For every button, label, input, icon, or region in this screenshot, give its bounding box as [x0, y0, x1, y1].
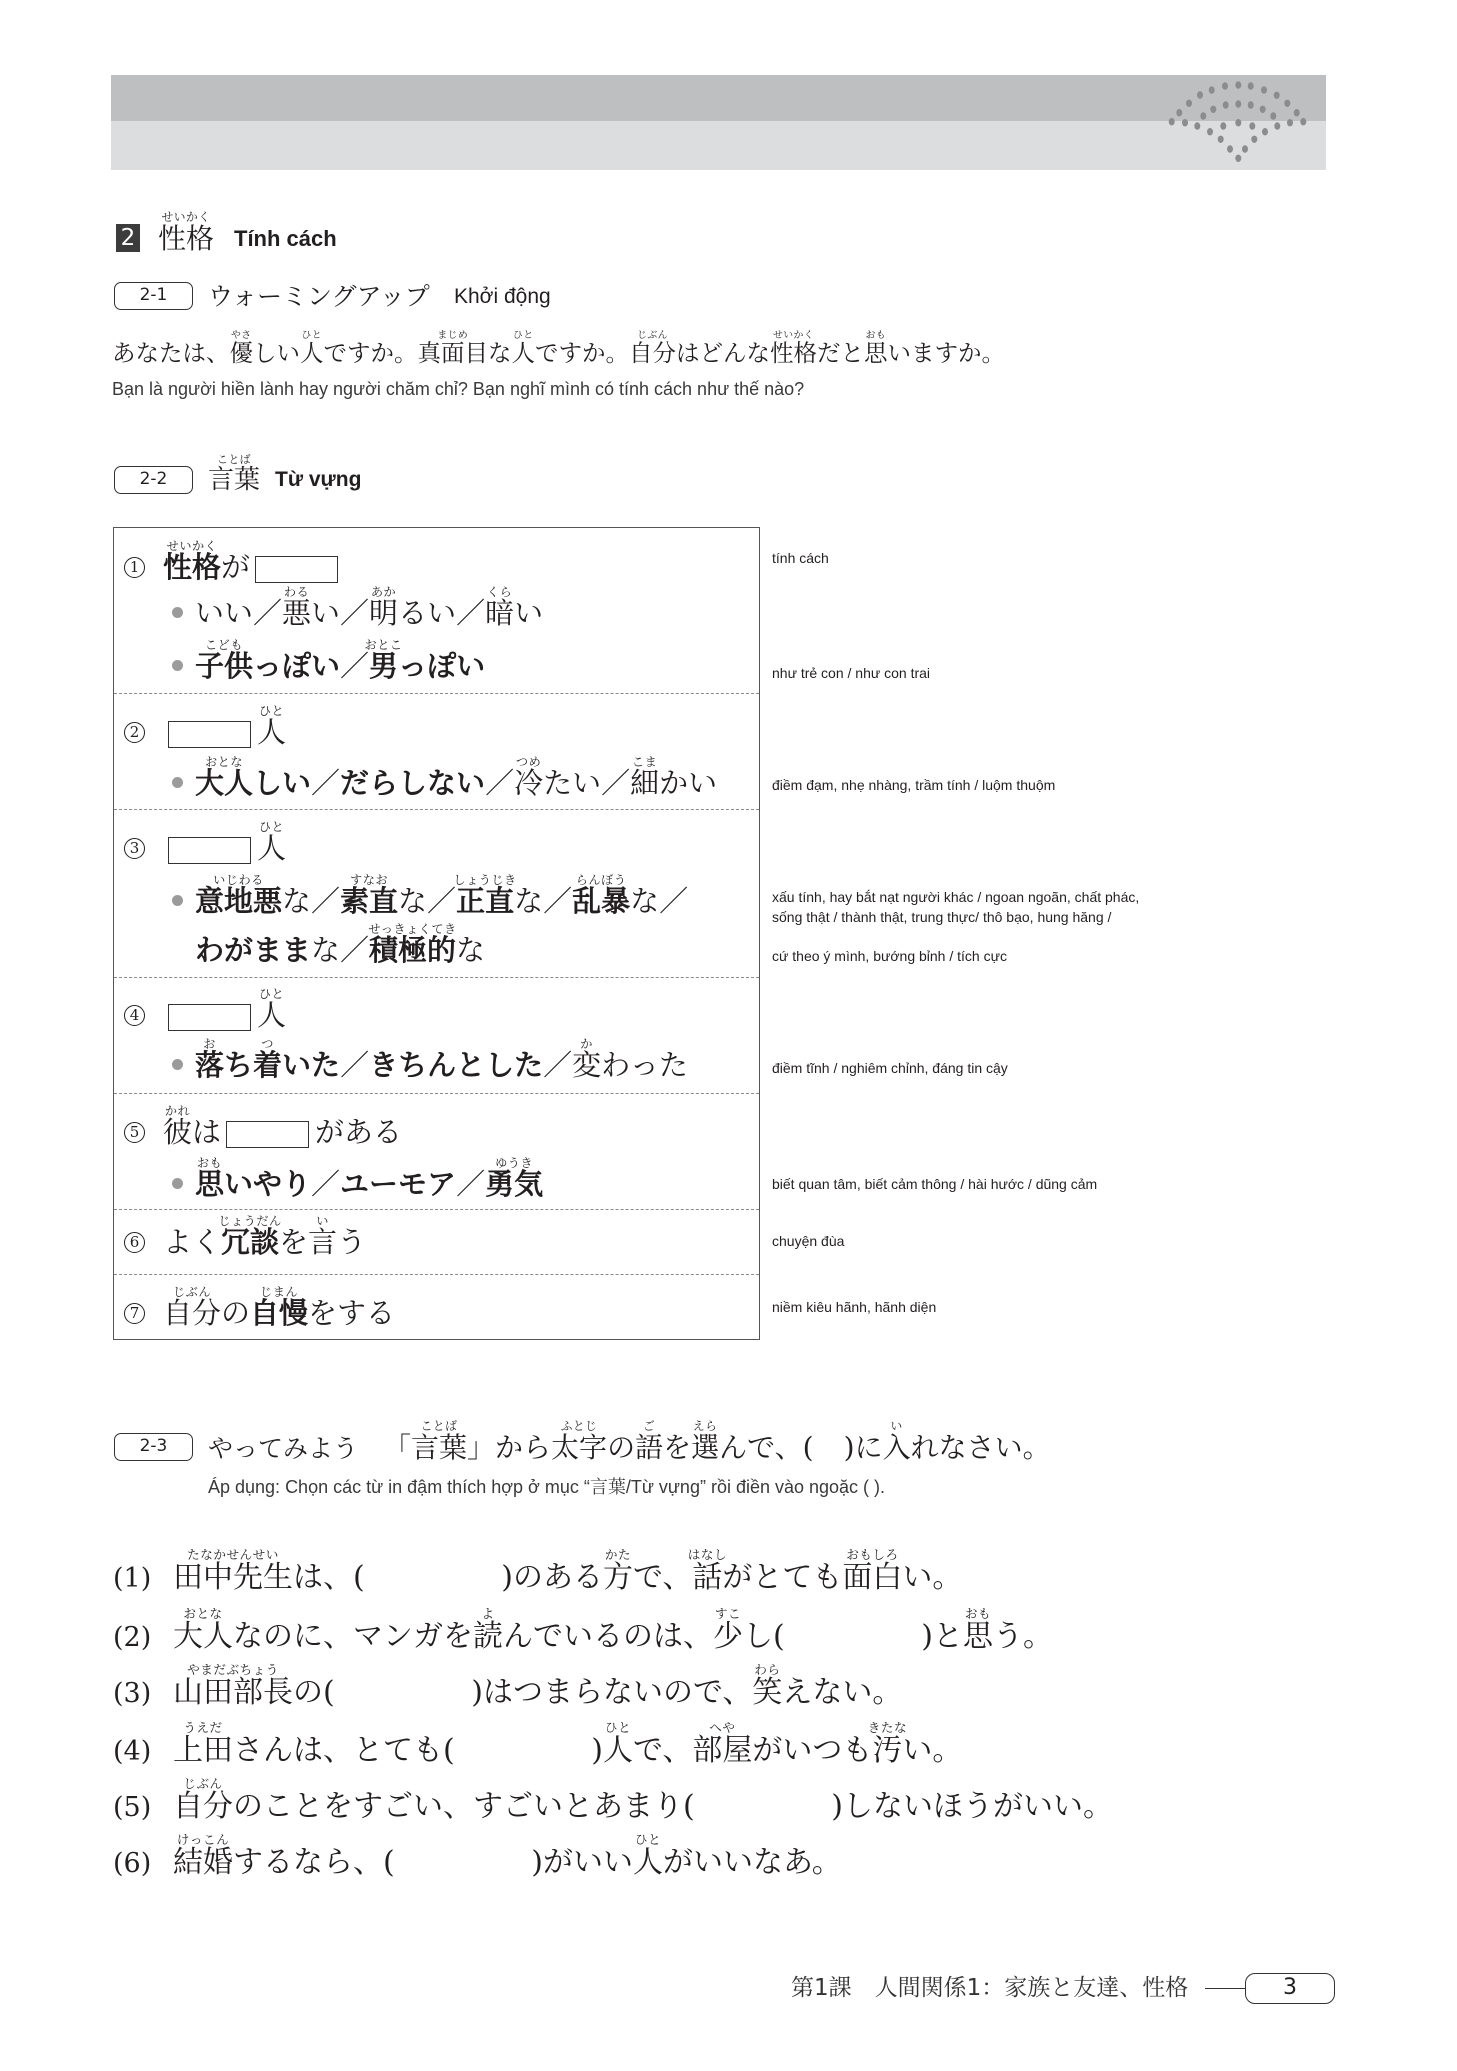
text-segment: ち [224, 1048, 253, 1082]
circled-number: 4 [124, 1005, 145, 1026]
furigana: つ [261, 1038, 274, 1050]
ruby-word: 冷つめ [514, 769, 543, 798]
text-segment: がいいなあ。 [663, 1845, 842, 1880]
close-paren: ) [844, 1434, 855, 1462]
answer-blank-box [226, 1121, 309, 1148]
furigana: へや [709, 1722, 735, 1735]
bullet-icon [172, 660, 183, 671]
furigana: けっこん [177, 1834, 229, 1847]
exercise-number: (1) [113, 1565, 151, 1592]
furigana: らんぼう [576, 874, 627, 886]
text-segment: っぽい [253, 649, 340, 683]
furigana: ひと [635, 1834, 661, 1847]
vocab-row-main-text: 人ひと [163, 831, 286, 865]
vocab-row-main: 4人ひと [124, 1001, 286, 1031]
text-segment: ／ [340, 1048, 369, 1082]
furigana: かれ [165, 1105, 190, 1117]
row-divider [114, 1093, 759, 1094]
furigana: つめ [516, 756, 541, 768]
furigana: おとな [183, 1608, 222, 1621]
ruby-word: 落お [195, 1051, 224, 1080]
ruby-word: 真面目まじめ [418, 342, 489, 366]
ruby-word: 面白おもしろ [842, 1563, 902, 1593]
text-segment: のことをすごい、すごいとあまり [233, 1789, 683, 1824]
vocab-note: biết quan tâm, biết cảm thông / hài hước… [772, 1177, 1097, 1191]
text-segment: ですか。 [535, 339, 629, 367]
vocab-note: tính cách [772, 551, 829, 565]
text-segment: しないほうがいい。 [843, 1789, 1113, 1824]
vocab-row-bullet: 子供こどもっぽい／男おとこっぽい [172, 652, 485, 681]
page-number-badge: 3 [1245, 1973, 1335, 2004]
text-segment: が [221, 550, 250, 584]
ruby-word: 人ひと [512, 342, 536, 366]
ruby-word: 笑わら [752, 1678, 782, 1708]
answer-blank-box [255, 556, 338, 583]
vocab-row-main-text: 人ひと [163, 998, 286, 1032]
text-segment: ／ [311, 1167, 340, 1201]
ruby-word: 大人おとな [195, 769, 253, 798]
open-paren: ( [383, 1848, 395, 1878]
ruby-word: 入い [883, 1434, 911, 1462]
vocab-row-bullet: いい／悪わるい／明あかるい／暗くらい [172, 599, 543, 628]
vocab-note: cứ theo ý mình, bướng bỉnh / tích cực [772, 949, 1007, 963]
furigana: せいかく [167, 540, 218, 552]
text-segment: な [456, 933, 485, 967]
ruby-word: 読よ [473, 1622, 503, 1652]
furigana: えら [693, 1421, 717, 1433]
close-paren: ) [471, 1678, 483, 1708]
warmup-label-badge: 2-1 [114, 282, 193, 310]
text-segment: たい／ [543, 766, 630, 800]
furigana: わる [284, 586, 309, 598]
vocab-note: sống thật / thành thật, trung thực/ thô … [772, 910, 1111, 924]
ruby-word: 素直すなお [340, 887, 398, 916]
ruby-word: 人ひと [300, 342, 324, 366]
text-segment: に [855, 1431, 883, 1464]
furigana: たなかせんせい [187, 1549, 279, 1562]
text-segment: ／ [543, 1048, 572, 1082]
text-segment: いやり [224, 1167, 311, 1201]
vocab-note: như trẻ con / như con trai [772, 666, 930, 680]
text-segment: ユーモア [340, 1167, 456, 1201]
footer-chapter-title: 第1課 人間関係1：家族と友達、性格 [791, 1977, 1188, 2000]
ruby-word: 性格せいかく [163, 553, 221, 582]
circled-number: 3 [124, 838, 145, 859]
text-segment: いい／ [195, 596, 282, 630]
vocab-row-main-text: 性格せいかくが [163, 550, 344, 584]
text-segment: だらしない [340, 766, 485, 800]
practice-instruction-vi: Áp dụng: Chọn các từ in đậm thích hợp ở … [208, 1478, 885, 1496]
text-segment: んでいるのは、 [503, 1619, 713, 1654]
open-paren: ( [803, 1434, 814, 1462]
circled-number: 2 [124, 722, 145, 743]
ruby-word: 明あか [369, 599, 398, 628]
text-segment: わがまま [195, 933, 311, 967]
text-segment: かい [659, 766, 717, 800]
ruby-word: 少すこ [713, 1622, 743, 1652]
text-segment: と [933, 1619, 963, 1654]
text-segment: なのに、マンガを [233, 1619, 473, 1654]
ruby-word: 言葉ことば [411, 1434, 467, 1462]
furigana: くら [487, 586, 512, 598]
ruby-word: 方かた [603, 1563, 633, 1593]
practice-instruction-ja: 「言葉ことば」から太字ふとじの語ごを選えらんで、()に入いれなさい。 [383, 1434, 1051, 1462]
ruby-word: 子供こども [195, 652, 253, 681]
circled-number: 7 [124, 1303, 145, 1324]
furigana: わら [754, 1664, 780, 1677]
furigana: あか [371, 586, 396, 598]
ruby-word: 積極的せっきょくてき [369, 936, 456, 965]
furigana: かた [605, 1549, 631, 1562]
ruby-word: 性格せいかく [158, 225, 214, 253]
ruby-word: 彼かれ [163, 1118, 192, 1147]
furigana: おも [197, 1157, 222, 1169]
text-segment: はつまらないので、 [483, 1675, 752, 1710]
furigana: こま [632, 756, 657, 768]
furigana: はなし [688, 1549, 727, 1562]
close-paren: ) [831, 1792, 843, 1822]
furigana: ことば [421, 1421, 458, 1433]
text-segment: きちんとした [369, 1048, 543, 1082]
text-segment: う。 [993, 1619, 1053, 1654]
text-segment: を [279, 1225, 308, 1259]
ruby-word: 汚きたな [872, 1736, 902, 1766]
furigana: か [580, 1038, 593, 1050]
ruby-word: 結婚けっこん [173, 1848, 233, 1878]
furigana: きたな [868, 1722, 907, 1735]
ruby-word: 自分じぶん [163, 1299, 221, 1328]
vocab-note: điềm tĩnh / nghiêm chỉnh, đáng tin cậy [772, 1061, 1008, 1075]
text-segment: のある [513, 1560, 603, 1595]
row-divider [114, 1274, 759, 1275]
furigana: すなお [350, 874, 388, 886]
furigana: よ [481, 1608, 494, 1621]
ruby-word: 変か [572, 1051, 601, 1080]
bullet-icon [172, 895, 183, 906]
exercise-number: (3) [113, 1680, 151, 1707]
answer-paren-blank: () [773, 1622, 933, 1652]
text-segment: しい [253, 339, 300, 367]
text-segment: さんは、とても [233, 1733, 443, 1768]
row-divider [114, 809, 759, 810]
exercise-sentence: 大人おとななのに、マンガを読よんでいるのは、少すこし()と思おもう。 [173, 1622, 1053, 1652]
answer-paren-blank: () [323, 1678, 483, 1708]
furigana: じぶん [183, 1778, 222, 1791]
vocab-note: niềm kiêu hãnh, hãnh diện [772, 1300, 936, 1314]
text-segment: っぽい [398, 649, 485, 683]
text-segment: いますか。 [888, 339, 1006, 367]
furigana: せっきょくてき [368, 923, 456, 935]
circled-number: 6 [124, 1232, 145, 1253]
ruby-word: 大人おとな [173, 1622, 233, 1652]
furigana: ご [643, 1421, 655, 1433]
furigana: ゆうき [495, 1157, 533, 1169]
text-segment: な [488, 339, 512, 367]
circled-number: 1 [124, 557, 145, 578]
bullet-icon [172, 607, 183, 618]
section-subtitle: Tính cách [234, 228, 337, 250]
ruby-word: 人ひと [603, 1736, 633, 1766]
ruby-word: 言葉ことば [208, 467, 260, 493]
text-segment: よく [163, 1225, 221, 1259]
furigana: ひと [301, 331, 322, 341]
practice-label-badge: 2-3 [114, 1433, 193, 1461]
furigana: おも [965, 1608, 991, 1621]
furigana: ひと [259, 705, 284, 717]
answer-paren-blank: () [353, 1563, 513, 1593]
textbook-page: 2 性格せいかく Tính cách 2-1 ウォーミングアップ Khởi độ… [0, 0, 1457, 2071]
text-segment: がいい [543, 1845, 633, 1880]
text-segment: いた [282, 1048, 340, 1082]
furigana: お [203, 1038, 216, 1050]
row-divider [114, 1209, 759, 1210]
banner-light-band [111, 121, 1326, 170]
vocab-row-main-text: 人ひと [163, 715, 286, 749]
furigana: ひと [259, 988, 284, 1000]
ruby-word: 正直しょうじき [456, 887, 514, 916]
ruby-word: 性格せいかく [770, 342, 817, 366]
text-segment: をする [308, 1296, 395, 1330]
furigana: おもしろ [846, 1549, 898, 1562]
open-paren: ( [353, 1563, 365, 1593]
exercise-sentence: 結婚けっこんするなら、()がいい人ひとがいいなあ。 [173, 1848, 842, 1878]
text-segment: だと [817, 339, 864, 367]
vocab-row-bullet-text: 意地悪いじわるな／素直すなおな／正直しょうじきな／乱暴らんぼうな／ [195, 884, 688, 918]
ruby-word: 人ひと [257, 834, 286, 863]
exercise-number: (4) [113, 1738, 151, 1765]
furigana: おとな [205, 756, 243, 768]
answer-blank-box [168, 721, 251, 748]
bullet-icon [172, 777, 183, 788]
text-segment: で、 [633, 1560, 692, 1595]
text-segment: るい／ [398, 596, 485, 630]
vocab-row-main-text: 自分じぶんの自慢じまんをする [163, 1296, 395, 1330]
ruby-word: 思おも [963, 1622, 993, 1652]
furigana: じぶん [173, 1286, 211, 1298]
vocab-row-bullet-text: 思おもいやり／ユーモア／勇気ゆうき [195, 1167, 543, 1201]
text-segment: ／ [340, 649, 369, 683]
text-segment: な／ [282, 884, 340, 918]
close-paren: ) [531, 1848, 543, 1878]
ruby-word: 自分じぶん [629, 342, 676, 366]
vocab-row-main: 1性格せいかくが [124, 553, 344, 583]
ruby-word: 自慢じまん [250, 1299, 308, 1328]
bullet-icon [172, 1178, 183, 1189]
text-segment: い。 [902, 1733, 962, 1768]
ruby-word: 思おも [195, 1170, 224, 1199]
text-segment: はどんな [676, 339, 770, 367]
furigana: おとこ [365, 639, 403, 651]
text-segment: な／ [514, 884, 572, 918]
text-segment: しい [253, 766, 311, 800]
answer-paren-blank: () [683, 1792, 843, 1822]
ruby-word: 乱暴らんぼう [572, 887, 630, 916]
furigana: すこ [715, 1608, 741, 1621]
ruby-word: 暗くら [485, 599, 514, 628]
furigana: ひと [605, 1722, 631, 1735]
ruby-word: 上田うえだ [173, 1736, 233, 1766]
vocab-row-main: 2人ひと [124, 718, 286, 748]
ruby-word: 部屋へや [692, 1736, 752, 1766]
text-segment: い。 [902, 1560, 962, 1595]
vocab-subtitle: Từ vựng [275, 469, 361, 490]
dot-fan-icon [1160, 75, 1330, 170]
text-segment: は [192, 1115, 221, 1149]
practice-title: やってみよう [208, 1436, 358, 1461]
furigana: じょうだん [218, 1215, 281, 1227]
vocab-row-main: 6よく冗談じょうだんを言いう [124, 1228, 366, 1257]
vocab-note: điềm đạm, nhẹ nhàng, trầm tính / luộm th… [772, 778, 1055, 792]
ruby-word: 自分じぶん [173, 1792, 233, 1822]
text-segment: ／ [311, 766, 340, 800]
vocab-row-main: 3人ひと [124, 834, 286, 864]
furigana: ひと [513, 331, 534, 341]
warmup-title: ウォーミングアップ [208, 284, 430, 309]
answer-paren-blank: () [383, 1848, 543, 1878]
vocab-row-bullet-text: 落おち着ついた／きちんとした／変かわった [195, 1048, 688, 1082]
furigana: おも [865, 331, 886, 341]
text-segment: な／ [398, 884, 456, 918]
text-segment: な／ [311, 933, 369, 967]
text-segment: し [743, 1619, 773, 1654]
ruby-word: 田中先生たなかせんせい [173, 1563, 293, 1593]
text-segment: を [663, 1431, 691, 1464]
exercise-number: (6) [113, 1850, 151, 1877]
vocab-row-bullet: 意地悪いじわるな／素直すなおな／正直しょうじきな／乱暴らんぼうな／ [172, 887, 688, 916]
vocab-title: 言葉ことば [208, 467, 260, 493]
close-paren: ) [501, 1563, 513, 1593]
banner-dark-band [111, 75, 1326, 121]
vocab-row-main-text: よく冗談じょうだんを言いう [163, 1225, 366, 1259]
ruby-word: 細こま [630, 769, 659, 798]
vocab-row-bullet-text: 子供こどもっぽい／男おとこっぽい [195, 649, 485, 683]
ruby-word: 思おも [864, 342, 888, 366]
text-segment: ですか。 [324, 339, 418, 367]
answer-paren-blank: () [803, 1434, 855, 1462]
text-segment: 「 [383, 1431, 411, 1464]
furigana: しょうじき [453, 874, 516, 886]
furigana: まじめ [437, 331, 468, 341]
text-segment: う [337, 1225, 366, 1259]
vocab-row-bullet-continued: わがままな／積極的せっきょくてきな [195, 936, 485, 965]
furigana: ことば [217, 455, 251, 466]
close-paren: ) [591, 1736, 603, 1766]
ruby-word: 優やさ [230, 342, 254, 366]
furigana: うえだ [183, 1722, 222, 1735]
open-paren: ( [323, 1678, 335, 1708]
header-banner [111, 75, 1326, 170]
answer-blank-box [168, 1004, 251, 1031]
close-paren: ) [921, 1622, 933, 1652]
ruby-word: 冗談じょうだん [221, 1228, 279, 1257]
furigana: じぶん [637, 331, 668, 341]
furigana: い [890, 1421, 902, 1433]
section-title: 性格せいかく [158, 225, 214, 253]
ruby-word: 男おとこ [369, 652, 398, 681]
furigana: やまだぶちょう [187, 1664, 279, 1677]
vocab-row-bullet: 思おもいやり／ユーモア／勇気ゆうき [172, 1170, 543, 1199]
ruby-word: 意地悪いじわる [195, 887, 282, 916]
section-number-badge: 2 [116, 224, 140, 252]
text-segment: がいつも [752, 1733, 872, 1768]
vocab-row-main: 5彼かれはがある [124, 1118, 402, 1148]
open-paren: ( [773, 1622, 785, 1652]
furigana: こども [205, 639, 243, 651]
ruby-word: 太字ふとじ [551, 1434, 607, 1462]
open-paren: ( [683, 1792, 695, 1822]
answer-paren-blank: () [443, 1736, 603, 1766]
furigana: ひと [259, 821, 284, 833]
vocab-row-bullet: 落おち着ついた／きちんとした／変かわった [172, 1051, 688, 1080]
vocab-row-main: 7自分じぶんの自慢じまんをする [124, 1299, 395, 1328]
warmup-subtitle: Khởi động [454, 286, 551, 307]
text-segment: の [607, 1431, 635, 1464]
ruby-word: 悪わる [282, 599, 311, 628]
text-segment: い [514, 596, 543, 630]
furigana: せいかく [773, 331, 814, 341]
text-segment: な／ [630, 884, 688, 918]
answer-blank-box [168, 837, 251, 864]
bullet-icon [172, 1059, 183, 1070]
text-segment: の [293, 1675, 323, 1710]
furigana: やさ [231, 331, 252, 341]
exercise-number: (5) [113, 1794, 151, 1821]
ruby-word: 人ひと [633, 1848, 663, 1878]
footer-rule [1205, 1988, 1245, 1989]
ruby-word: 人ひと [257, 1001, 286, 1030]
text-segment: するなら、 [233, 1845, 383, 1880]
warmup-question-vi: Bạn là người hiền lành hay người chăm ch… [112, 380, 804, 398]
vocab-row-bullet: 大人おとなしい／だらしない／冷つめたい／細こまかい [172, 769, 717, 798]
exercise-number: (2) [113, 1624, 151, 1651]
text-segment: は、 [293, 1560, 353, 1595]
exercise-sentence: 上田うえださんは、とても()人ひとで、部屋へやがいつも汚きたない。 [173, 1736, 962, 1766]
furigana: ふとじ [561, 1421, 598, 1433]
ruby-word: 話はなし [692, 1563, 722, 1593]
text-segment: んで、 [719, 1431, 802, 1464]
text-segment: ／ [456, 1167, 485, 1201]
vocab-row-bullet-text: 大人おとなしい／だらしない／冷つめたい／細こまかい [195, 766, 717, 800]
text-segment: がある [315, 1115, 402, 1149]
text-segment: わった [601, 1048, 688, 1082]
furigana: せいかく [162, 212, 211, 224]
text-segment: で、 [633, 1733, 692, 1768]
furigana: いじわる [213, 874, 264, 886]
exercise-sentence: 田中先生たなかせんせいは、()のある方かたで、話はなしがとても面白おもしろい。 [173, 1563, 962, 1593]
text-segment: れなさい。 [911, 1431, 1051, 1464]
ruby-word: 選えら [691, 1434, 719, 1462]
text-segment: い／ [311, 596, 369, 630]
furigana: い [316, 1215, 329, 1227]
row-divider [114, 977, 759, 978]
exercise-sentence: 山田部長やまだぶちょうの()はつまらないので、笑わらえない。 [173, 1678, 902, 1708]
text-segment: ／ [485, 766, 514, 800]
vocab-row-bullet-text: いい／悪わるい／明あかるい／暗くらい [195, 596, 543, 630]
text-segment: あなたは、 [112, 339, 230, 367]
vocab-note: chuyện đùa [772, 1234, 844, 1248]
furigana: じまん [260, 1286, 298, 1298]
text-segment: えない。 [782, 1675, 902, 1710]
ruby-word: 勇気ゆうき [485, 1170, 543, 1199]
row-divider [114, 693, 759, 694]
warmup-question-ja: あなたは、優やさしい人ひとですか。真面目まじめな人ひとですか。自分じぶんはどんな… [112, 342, 1005, 366]
text-segment: がとても [722, 1560, 842, 1595]
vocab-row-main-text: 彼かれはがある [163, 1115, 402, 1149]
text-segment: の [221, 1296, 250, 1330]
ruby-word: 着つ [253, 1051, 282, 1080]
open-paren: ( [443, 1736, 455, 1766]
circled-number: 5 [124, 1122, 145, 1143]
